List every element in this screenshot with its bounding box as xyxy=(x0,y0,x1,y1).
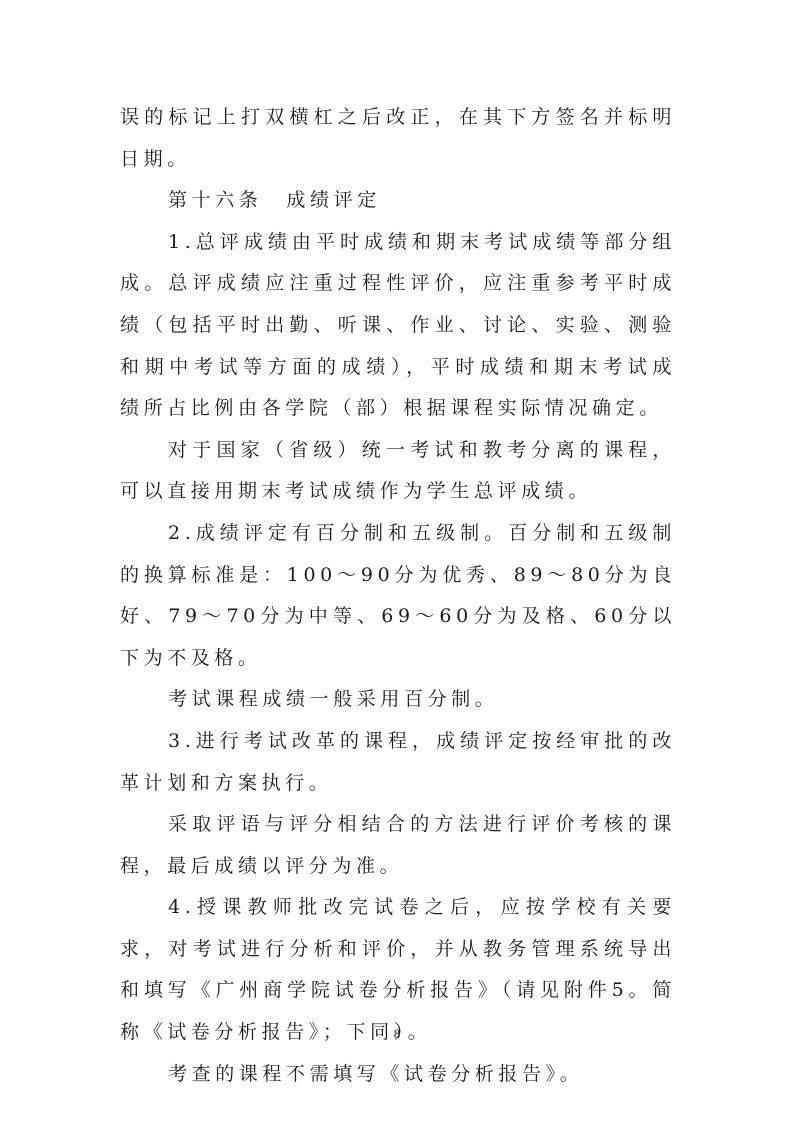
paragraph-comment-scoring: 采取评语与评分相结合的方法进行评价考核的课程，最后成绩以评分为准。 xyxy=(120,804,676,887)
paragraph-national-exam: 对于国家（省级）统一考试和教考分离的课程，可以直接用期末考试成绩作为学生总评成绩… xyxy=(120,430,676,513)
paragraph-assessment-courses: 考查的课程不需填写《试卷分析报告》。 xyxy=(120,1054,676,1096)
paragraph-item-2: 2.成绩评定有百分制和五级制。百分制和五级制的换算标准是：100～90分为优秀、… xyxy=(120,513,676,679)
paragraph-percentage-system: 考试课程成绩一般采用百分制。 xyxy=(120,679,676,721)
article-number: 第十六条 xyxy=(168,189,262,211)
paragraph-item-1: 1.总评成绩由平时成绩和期末考试成绩等部分组成。总评成绩应注重过程性评价，应注重… xyxy=(120,222,676,430)
page-number: 8 xyxy=(0,1026,794,1042)
document-body: 误的标记上打双横杠之后改正，在其下方签名并标明日期。 第十六条成绩评定 1.总评… xyxy=(120,97,676,1095)
article-title: 成绩评定 xyxy=(286,189,380,211)
document-page: 误的标记上打双横杠之后改正，在其下方签名并标明日期。 第十六条成绩评定 1.总评… xyxy=(0,0,794,1123)
paragraph-item-3: 3.进行考试改革的课程，成绩评定按经审批的改革计划和方案执行。 xyxy=(120,721,676,804)
paragraph-continuation: 误的标记上打双横杠之后改正，在其下方签名并标明日期。 xyxy=(120,97,676,180)
article-heading: 第十六条成绩评定 xyxy=(120,180,676,222)
